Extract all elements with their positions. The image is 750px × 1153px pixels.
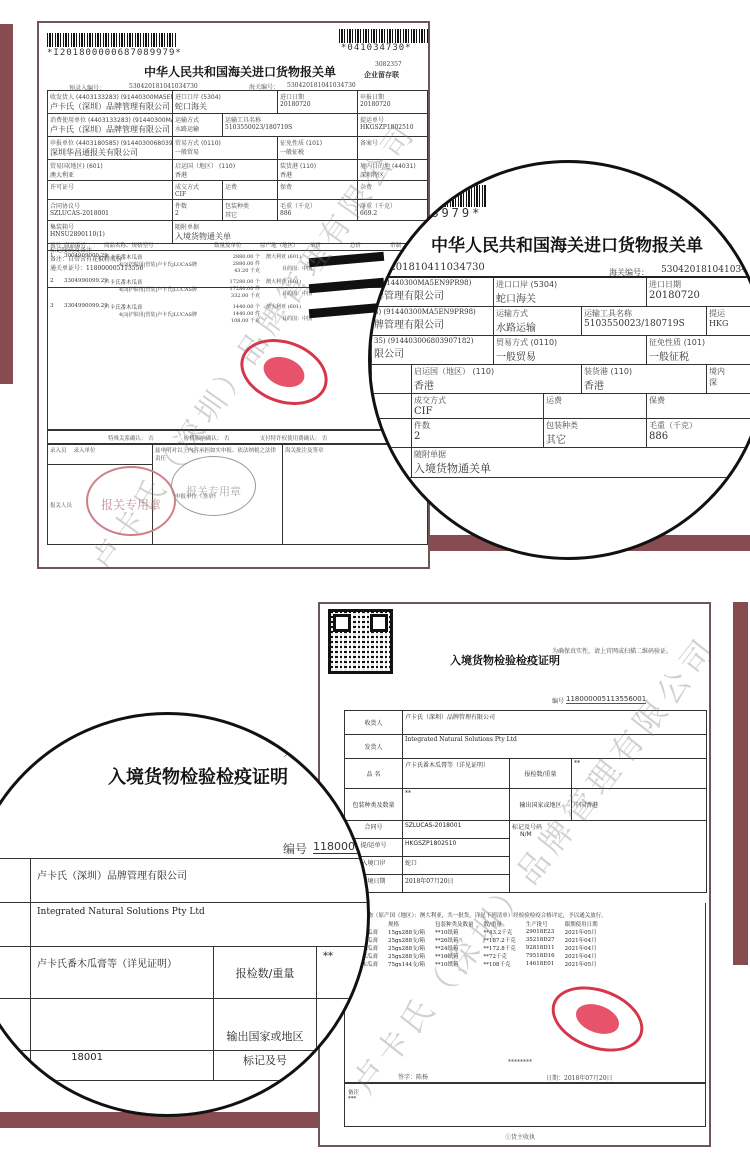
port-cell: 进口口岸 (5304)蛇口海关 bbox=[173, 91, 278, 114]
customs-magnifier: 08979* 中华人民共和国海关进口货物报关单 1201810411034730… bbox=[368, 160, 750, 560]
cert-number-label: 编号 bbox=[552, 696, 564, 705]
origin-country-cell: 启运国（地区） (110)香港 bbox=[173, 160, 278, 181]
verify-note: 为确保真实性，请上官网或扫描二维码验证。 bbox=[552, 646, 672, 655]
trade-mode-cell: 贸易方式 (0110)一般贸易 bbox=[173, 137, 278, 160]
consignor-value-cell: Integrated Natural Solutions Pty Ltd bbox=[403, 735, 707, 759]
zoom-customs-title: 中华人民共和国海关进口货物报关单 bbox=[431, 231, 703, 256]
customs-no: 530420181041034730 bbox=[287, 82, 356, 89]
contract-cell: 合同协议号SZLUCAS-2018001 bbox=[48, 200, 173, 221]
license-cell: 许可证号 bbox=[48, 181, 173, 200]
zoom-dest-cell: 境内深 bbox=[707, 365, 750, 394]
barcode-left-text: *I201800000687089979* bbox=[47, 48, 182, 58]
cert-list-header: 限期使用日期 bbox=[560, 920, 603, 928]
zoom-contract: 18001 bbox=[31, 1051, 214, 1081]
zoom-consignee: 卢卡氏（深圳）品牌管理有限公司 bbox=[31, 859, 371, 903]
zoom-import-date-cell: 进口日期20180720 bbox=[647, 277, 750, 307]
zoom-levy-cell: 征免性质 (101)一般征税 bbox=[647, 336, 750, 365]
accent-bar-right bbox=[733, 602, 748, 965]
barcode-right bbox=[339, 29, 429, 43]
pre-entry-no: 530420181041034730 bbox=[129, 83, 198, 90]
consumer-cell: 消费使用单位 (4403133283) (91440300MA5EN9PR98)… bbox=[48, 114, 173, 137]
cert-list-header: 规格 bbox=[383, 920, 430, 928]
zoom-cert-table: 卢卡氏（深圳）品牌管理有限公司 Integrated Natural Solut… bbox=[0, 858, 370, 1081]
signature: 签字：陈杨 bbox=[398, 1072, 428, 1081]
zoom-row3-cell: 35) (914403006803907182)限公司 bbox=[372, 336, 494, 365]
goods-list: 13004909000.29卢卡氏番木瓜膏4|3|护肤用|管装|卢卡氏|LUCA… bbox=[48, 251, 426, 326]
zoom-gross-cell: 毛重（千克）886 bbox=[647, 419, 750, 448]
declare-date-cell: 申报日期20180720 bbox=[358, 91, 428, 114]
zoom-transport-cell: 运输方式水路运输 bbox=[494, 307, 582, 336]
zoom-inspection-title: 入境货物检验检疫证明 bbox=[108, 763, 288, 789]
zoom-pre-entry-no: 1201810411034730 bbox=[383, 262, 485, 273]
pieces-cell: 件数2 bbox=[173, 200, 223, 221]
zoom-customs-table: ) (91440300MA5EN9PR98)牌管理有限公司 进口口岸 (5304… bbox=[371, 276, 750, 478]
qr-code[interactable] bbox=[328, 609, 393, 674]
contract-value-cell: SZLUCAS-2018001 bbox=[403, 821, 510, 839]
zoom-export-label: 输出国家或地区 bbox=[214, 999, 317, 1051]
zoom-row2-cell: 3) (91440300MA5EN9PR98)牌管理有限公司 bbox=[372, 307, 494, 336]
cert-statement: 上述货物（原产国（地区）：澳大利亚，共一批货，详见下列清单）经检验检疫合格评定，… bbox=[351, 911, 699, 919]
zoom-pieces-cell: 件数2 bbox=[412, 419, 544, 448]
deal-mode-cell: 成交方式CIF bbox=[173, 181, 223, 200]
sign-date: 日期：2018年07月20日 bbox=[546, 1073, 613, 1082]
declarant-cell: 申报单位 (4403180585) (914403006803907182)深圳… bbox=[48, 137, 173, 160]
barcode-right-text: *041034730* bbox=[341, 43, 412, 53]
freight-cell: 运费 bbox=[223, 181, 278, 200]
zoom-vessel-cell: 运输工具名称5103550023/180719S bbox=[582, 307, 707, 336]
vessel-cell: 运输工具名称5103550023/180719S bbox=[223, 114, 358, 137]
zoom-row1-cell: ) (91440300MA5EN9PR98)牌管理有限公司 bbox=[372, 277, 494, 307]
cert-remarks: 备注 *** bbox=[344, 1083, 706, 1127]
inspection-magnifier: 为确 入境货物检验检疫证明 编号 118000005 卢卡氏（深圳）品牌管理有限… bbox=[0, 712, 370, 1117]
zoom-package-cell: 包装种类其它 bbox=[544, 419, 647, 448]
zoom-marks: 标记及号 bbox=[214, 1051, 317, 1081]
cert-dots: ******** bbox=[508, 1059, 532, 1066]
quantity-label-cell: 报检数/重量 bbox=[510, 759, 572, 789]
cert-footer: ①货主收执 bbox=[505, 1132, 535, 1141]
consignee-cell: 收发货人 (4403133283) (91440300MA5EN9PR98)卢卡… bbox=[48, 91, 173, 114]
zoom-insurance-cell: 保费 bbox=[647, 394, 750, 419]
zoom-number: 118000005 bbox=[313, 840, 370, 854]
port-value-cell: 蛇口 bbox=[403, 857, 510, 875]
transport-cell: 运输方式水路运输 bbox=[173, 114, 223, 137]
trade-country-cell: 贸易国(地区) (601)澳大利亚 bbox=[48, 160, 173, 181]
zoom-number-label: 编号 bbox=[283, 840, 307, 857]
zoom-trade-cell: 贸易方式 (0110)一般贸易 bbox=[494, 336, 647, 365]
zoom-barcode-text: 08979* bbox=[421, 206, 482, 220]
package-cell: 包装种类其它 bbox=[223, 200, 278, 221]
zoom-freight-cell: 运费 bbox=[544, 394, 647, 419]
zoom-origin-cell: 启运国（地区） (110)香港 bbox=[412, 365, 582, 394]
product-value-cell: 卢卡氏番木瓜膏等（详见证明） bbox=[403, 759, 510, 789]
zoom-customs-no: 530420181041034730 bbox=[661, 265, 750, 275]
copy-number: 3082357 bbox=[375, 61, 402, 68]
barcode-left bbox=[47, 33, 177, 47]
zoom-loading-cell: 装货港 (110)香港 bbox=[582, 365, 707, 394]
zoom-product: 卢卡氏番木瓜膏等（详见证明） bbox=[31, 947, 214, 999]
levy-cell: 征免性质 (101)一般征税 bbox=[278, 137, 358, 160]
zoom-deal-cell: 成交方式CIF bbox=[412, 394, 544, 419]
zoom-barcode bbox=[426, 185, 486, 207]
copy-label: 企业留存联 bbox=[364, 70, 399, 80]
inspection-certificate-document: 为确保真实性，请上官网或扫描二维码验证。 入境货物检验检疫证明 编号 11800… bbox=[318, 602, 711, 1147]
bill-value-cell: HKGSZP1802510 bbox=[403, 839, 510, 857]
inspection-title: 入境货物检验检疫证明 bbox=[450, 652, 560, 668]
cert-list-header: 生产批号 bbox=[521, 920, 560, 928]
zoom-consignor: Integrated Natural Solutions Pty Ltd bbox=[31, 903, 371, 947]
zoom-docs-cell: 随附单据入境货物通关单 bbox=[412, 448, 750, 478]
goods-header-row: 项号 商品编号 商品名称、规格型号 数量及单位 原产地（地区） 单价 总价 币制 bbox=[48, 240, 426, 251]
confirmation-row: 特殊关系确认： 否 价格影响确认： 否 支付特许权使用费确认： 否 bbox=[47, 430, 427, 444]
entry-person-cell: 录入员 录入单位 bbox=[48, 445, 153, 465]
import-date-cell: 进口日期20180720 bbox=[278, 91, 358, 114]
accent-bar-left-top bbox=[0, 24, 13, 384]
customs-title: 中华人民共和国海关进口货物报关单 bbox=[144, 63, 336, 80]
zoom-quantity: ** bbox=[317, 947, 371, 999]
zoom-verify-fragment: 为确 bbox=[283, 743, 307, 760]
zoom-port-cell: 进口口岸 (5304)蛇口海关 bbox=[494, 277, 647, 307]
package-value-cell: ** bbox=[403, 789, 510, 821]
zoom-bill-cell: 提运HKG bbox=[707, 307, 750, 336]
zoom-quantity-label: 报检数/重量 bbox=[214, 947, 317, 999]
